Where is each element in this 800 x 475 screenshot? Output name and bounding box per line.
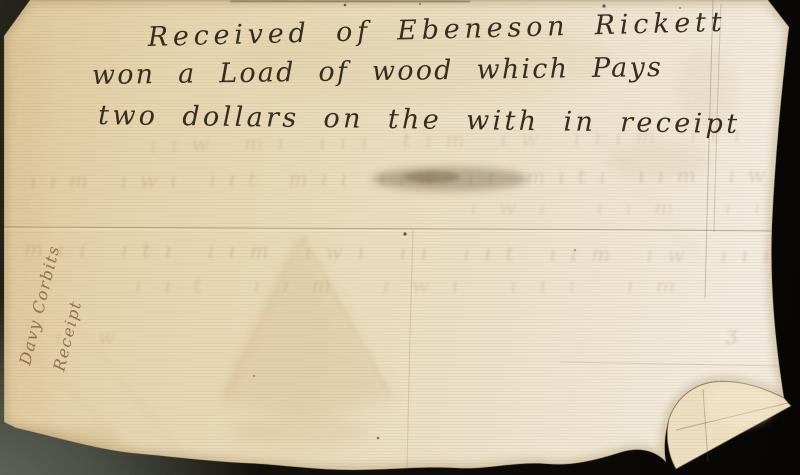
handwriting: Received of Ebeneson Rickett won a Load … [92,7,739,140]
ghost-row: ʒ [725,321,738,345]
folded-corner [667,381,791,469]
receipt-scan: ııw mı ııı tım ıw ııım ıtı ıım ıwı ııt m… [0,0,800,475]
scanned-document: ııw mı ııı tım ıw ııım ıtı ıım ıwı ııt m… [0,0,800,475]
